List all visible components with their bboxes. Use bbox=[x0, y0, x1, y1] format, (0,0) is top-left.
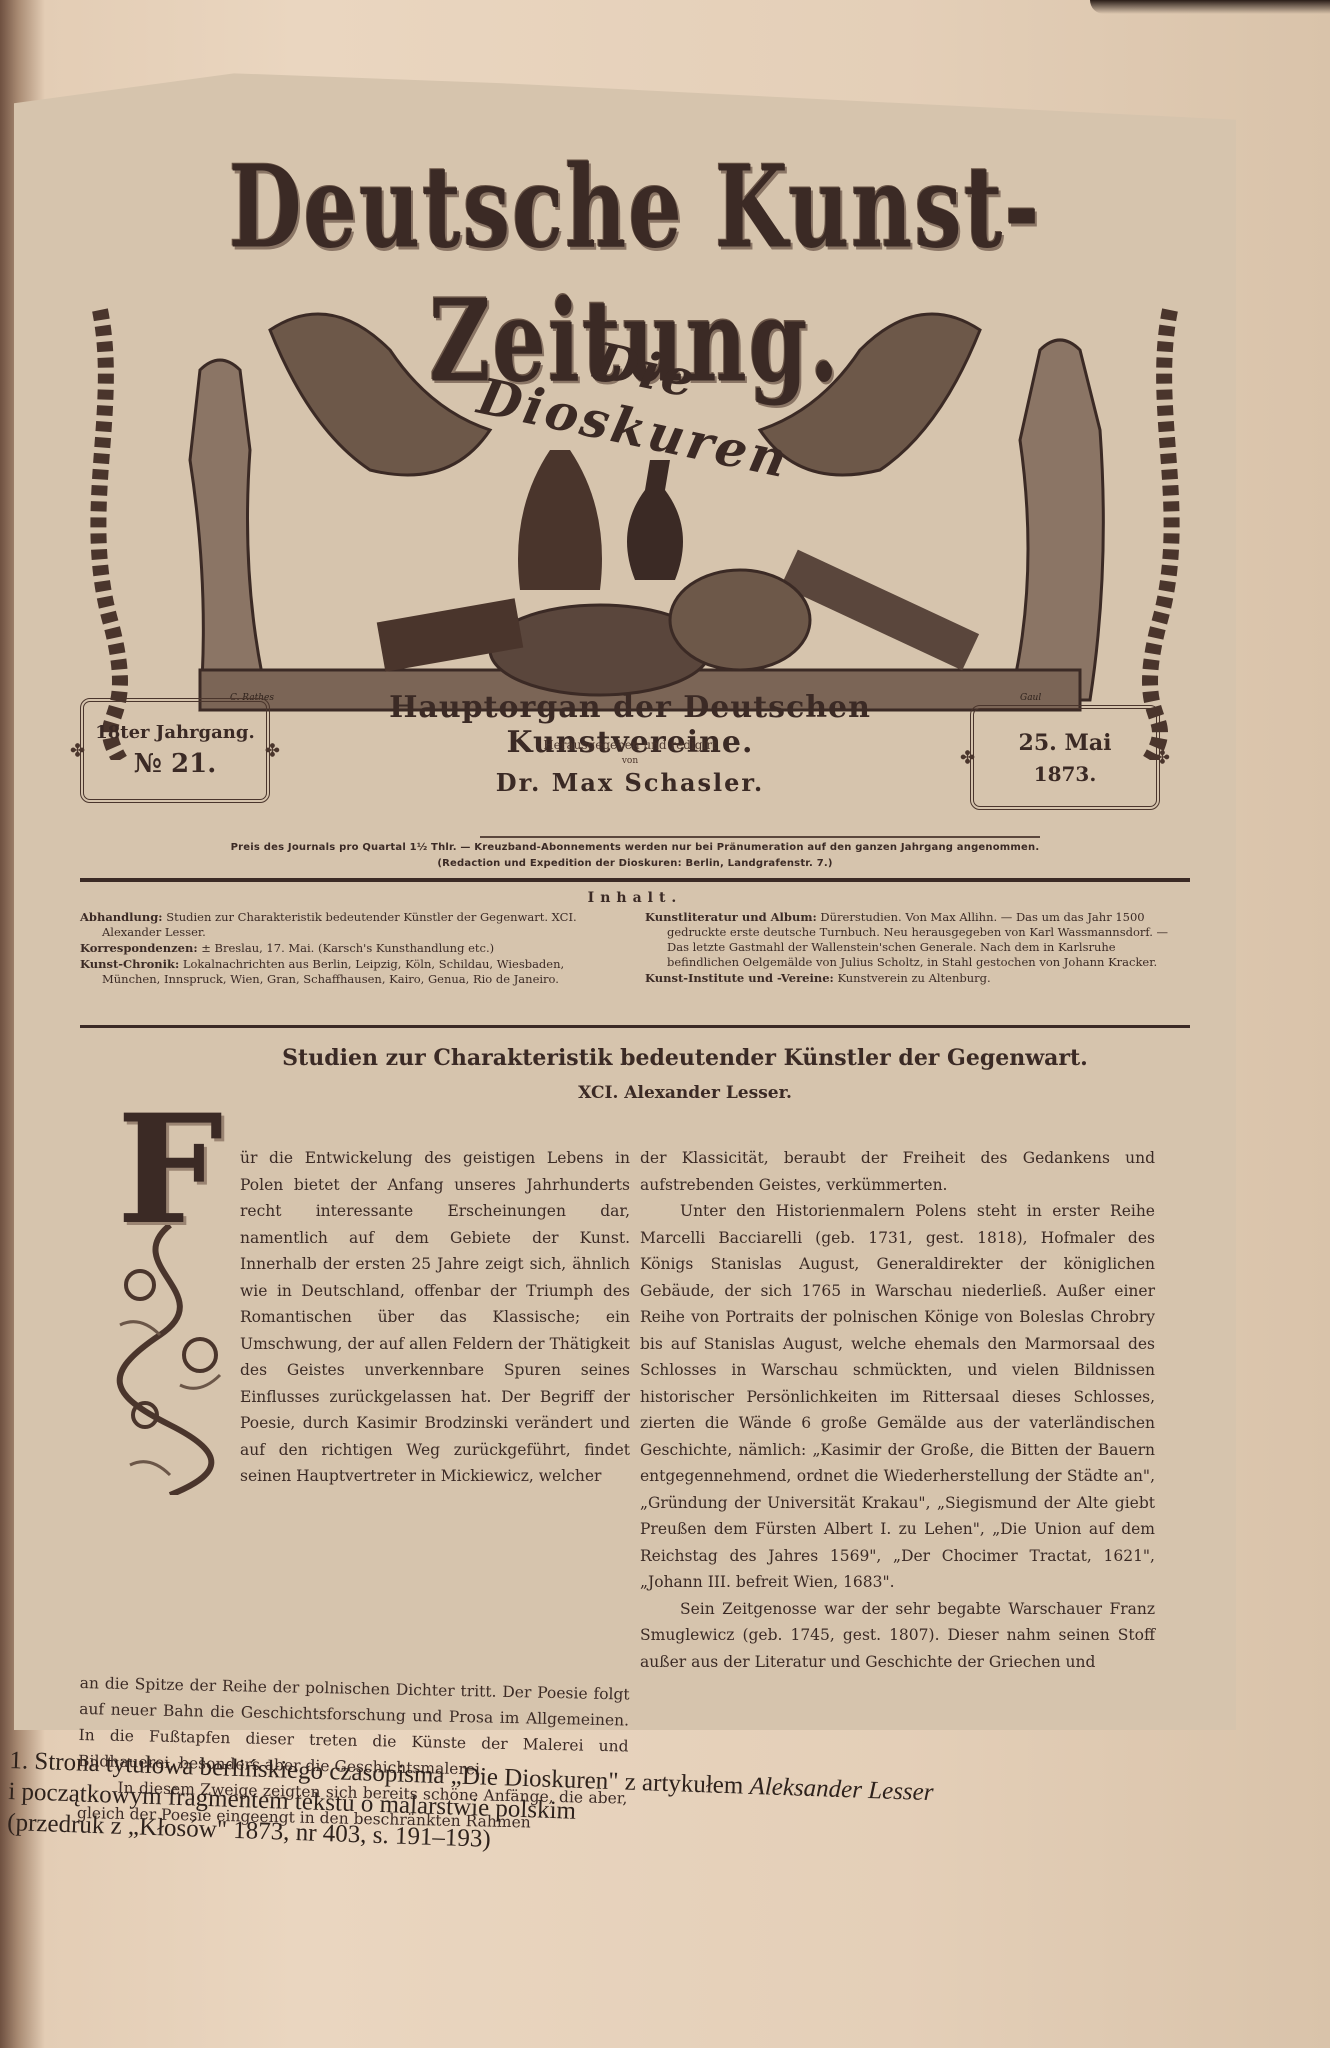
page-edge-shadow bbox=[1090, 0, 1330, 14]
contents-entry: Abhandlung: Studien zur Charakteristik b… bbox=[80, 910, 625, 940]
edited-by-label: Herausgegeben und redigirt bbox=[320, 738, 940, 752]
volume-number-box: 18ter Jahrgang. № 21. bbox=[80, 698, 270, 803]
article-column-right: der Klassicität, beraubt der Freiheit de… bbox=[640, 1145, 1155, 1675]
issue-day: 25. Mai bbox=[1019, 730, 1112, 756]
table-of-contents: Inhalt. Abhandlung: Studien zur Charakte… bbox=[80, 890, 1190, 988]
article-title: Studien zur Charakteristik bedeutender K… bbox=[240, 1045, 1130, 1071]
article-subtitle: XCI. Alexander Lesser. bbox=[240, 1083, 1130, 1103]
drop-cap-letter: F bbox=[117, 1095, 224, 1245]
article-paragraph: der Klassicität, beraubt der Freiheit de… bbox=[640, 1145, 1155, 1198]
contents-entry: Korrespondenzen: ± Breslau, 17. Mai. (Ka… bbox=[80, 941, 625, 956]
ornamental-drop-cap: F bbox=[100, 1075, 240, 1495]
caption-italic-title: Aleksander Lesser bbox=[749, 1773, 934, 1806]
issue-year: 1873. bbox=[1034, 762, 1097, 786]
article-paragraph: Unter den Historienmalern Polens steht i… bbox=[640, 1198, 1155, 1596]
editorial-address: (Redaction und Expedition der Dioskuren:… bbox=[80, 858, 1190, 869]
contents-heading: Inhalt. bbox=[80, 890, 1190, 906]
volume-label: 18ter Jahrgang. bbox=[95, 722, 255, 743]
article-paragraph: ür die Entwickelung des geistigen Lebens… bbox=[240, 1145, 630, 1490]
price-line: Preis des Journals pro Quartal 1½ Thlr. … bbox=[80, 842, 1190, 853]
issue-header: 18ter Jahrgang. № 21. Hauptorgan der Deu… bbox=[80, 690, 1190, 840]
header-thick-rule bbox=[80, 878, 1190, 882]
issue-date-box: 25. Mai 1873. bbox=[970, 705, 1160, 810]
contents-entry: Kunst-Institute und -Vereine: Kunstverei… bbox=[645, 971, 1190, 986]
contents-bottom-rule bbox=[80, 1025, 1190, 1028]
contents-left-column: Abhandlung: Studien zur Charakteristik b… bbox=[80, 910, 625, 988]
article-paragraph: Sein Zeitgenosse war der sehr begabte Wa… bbox=[640, 1596, 1155, 1676]
von-label: von bbox=[320, 756, 940, 766]
floral-flourish-icon bbox=[100, 1225, 240, 1495]
contents-right-column: Kunstliteratur und Album: Dürerstudien. … bbox=[645, 910, 1190, 988]
contents-entry: Kunst-Chronik: Lokalnachrichten aus Berl… bbox=[80, 957, 625, 987]
issue-number: № 21. bbox=[134, 749, 217, 779]
header-rule bbox=[480, 836, 1040, 838]
editor-name: Dr. Max Schasler. bbox=[320, 768, 940, 797]
article-column-left-narrow: ür die Entwickelung des geistigen Lebens… bbox=[240, 1145, 630, 1490]
contents-entry: Kunstliteratur und Album: Dürerstudien. … bbox=[645, 910, 1190, 970]
